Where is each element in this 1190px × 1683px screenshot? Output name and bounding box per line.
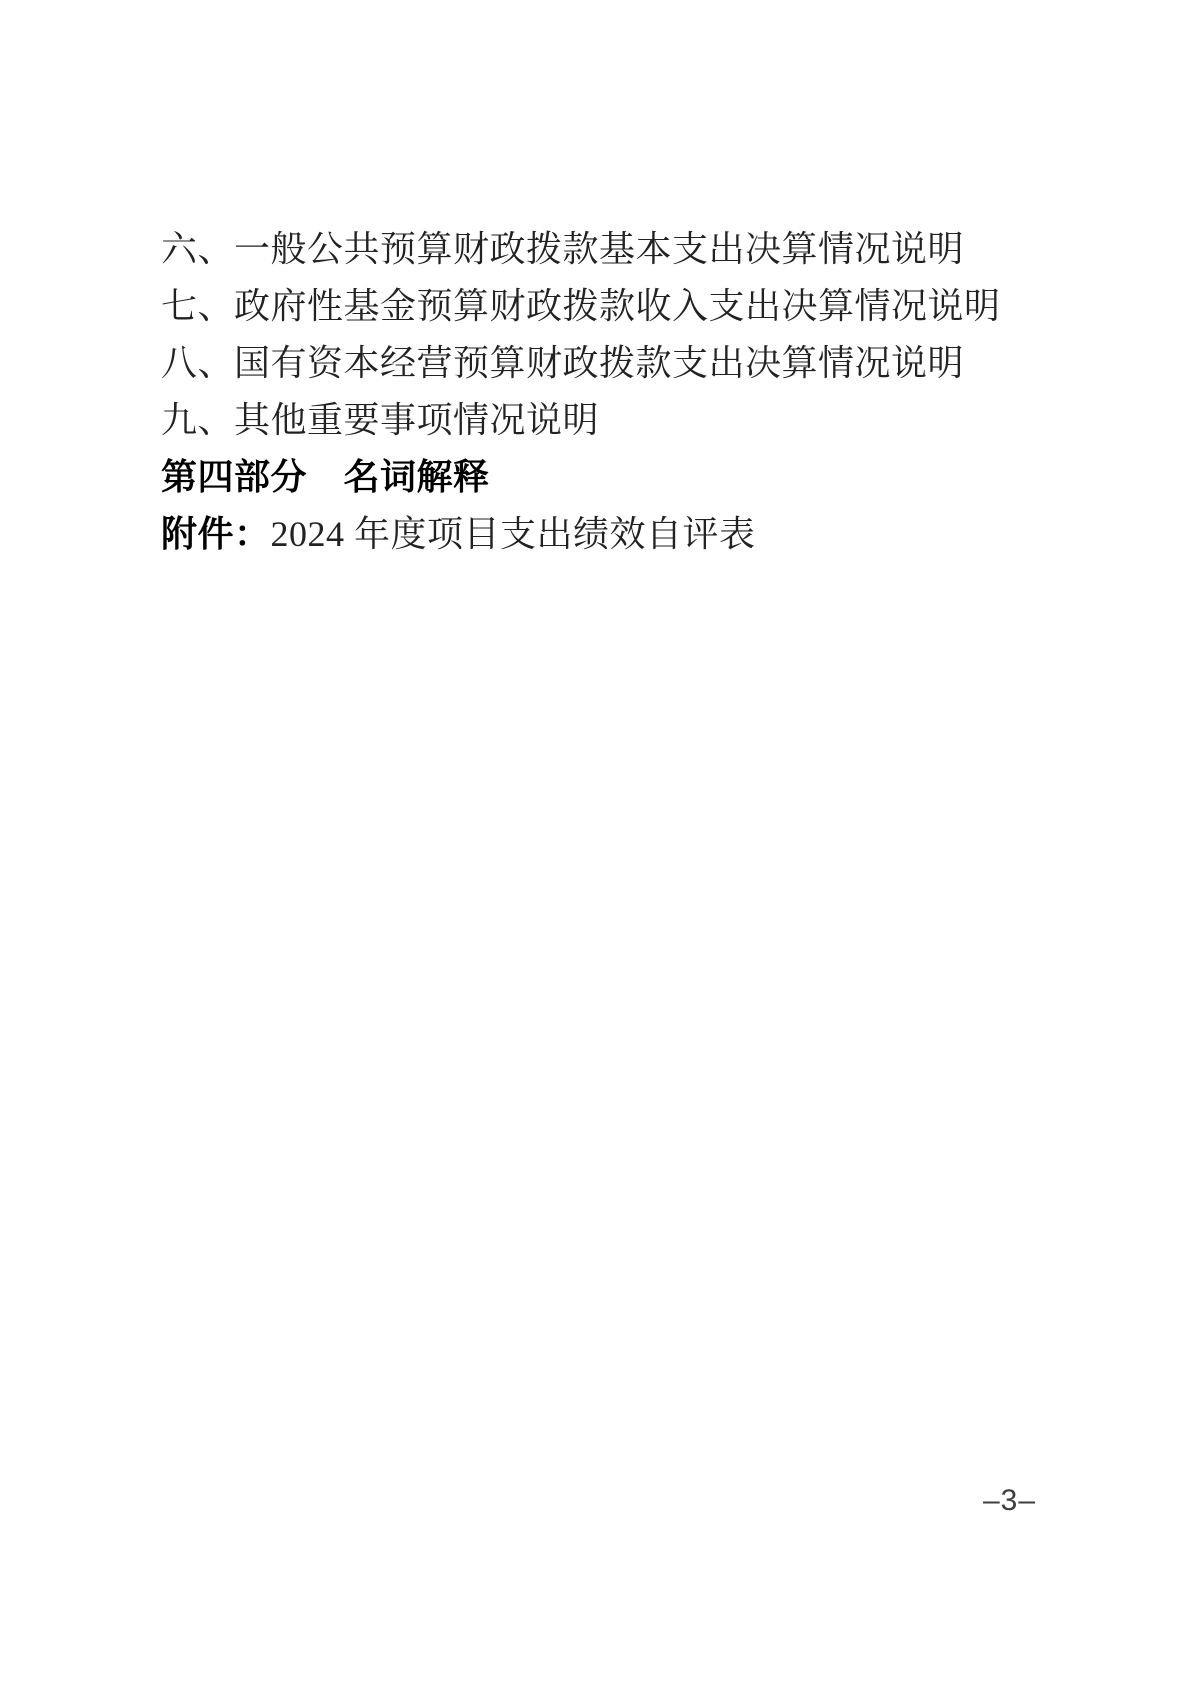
attachment-line: 附件：2024 年度项目支出绩效自评表 — [161, 506, 1041, 563]
toc-entry-7: 七、政府性基金预算财政拨款收入支出决算情况说明 — [161, 278, 1041, 335]
page-number: –3– — [983, 1485, 1036, 1517]
table-of-contents: 六、一般公共预算财政拨款基本支出决算情况说明 七、政府性基金预算财政拨款收入支出… — [161, 221, 1041, 563]
attachment-title: 2024 年度项目支出绩效自评表 — [271, 514, 756, 554]
document-page: 六、一般公共预算财政拨款基本支出决算情况说明 七、政府性基金预算财政拨款收入支出… — [0, 0, 1190, 1683]
toc-entry-8: 八、国有资本经营预算财政拨款支出决算情况说明 — [161, 335, 1041, 392]
toc-entry-9: 九、其他重要事项情况说明 — [161, 392, 1041, 449]
attachment-label: 附件： — [161, 514, 271, 554]
toc-entry-6: 六、一般公共预算财政拨款基本支出决算情况说明 — [161, 221, 1041, 278]
part-four-heading: 第四部分 名词解释 — [161, 449, 1041, 506]
